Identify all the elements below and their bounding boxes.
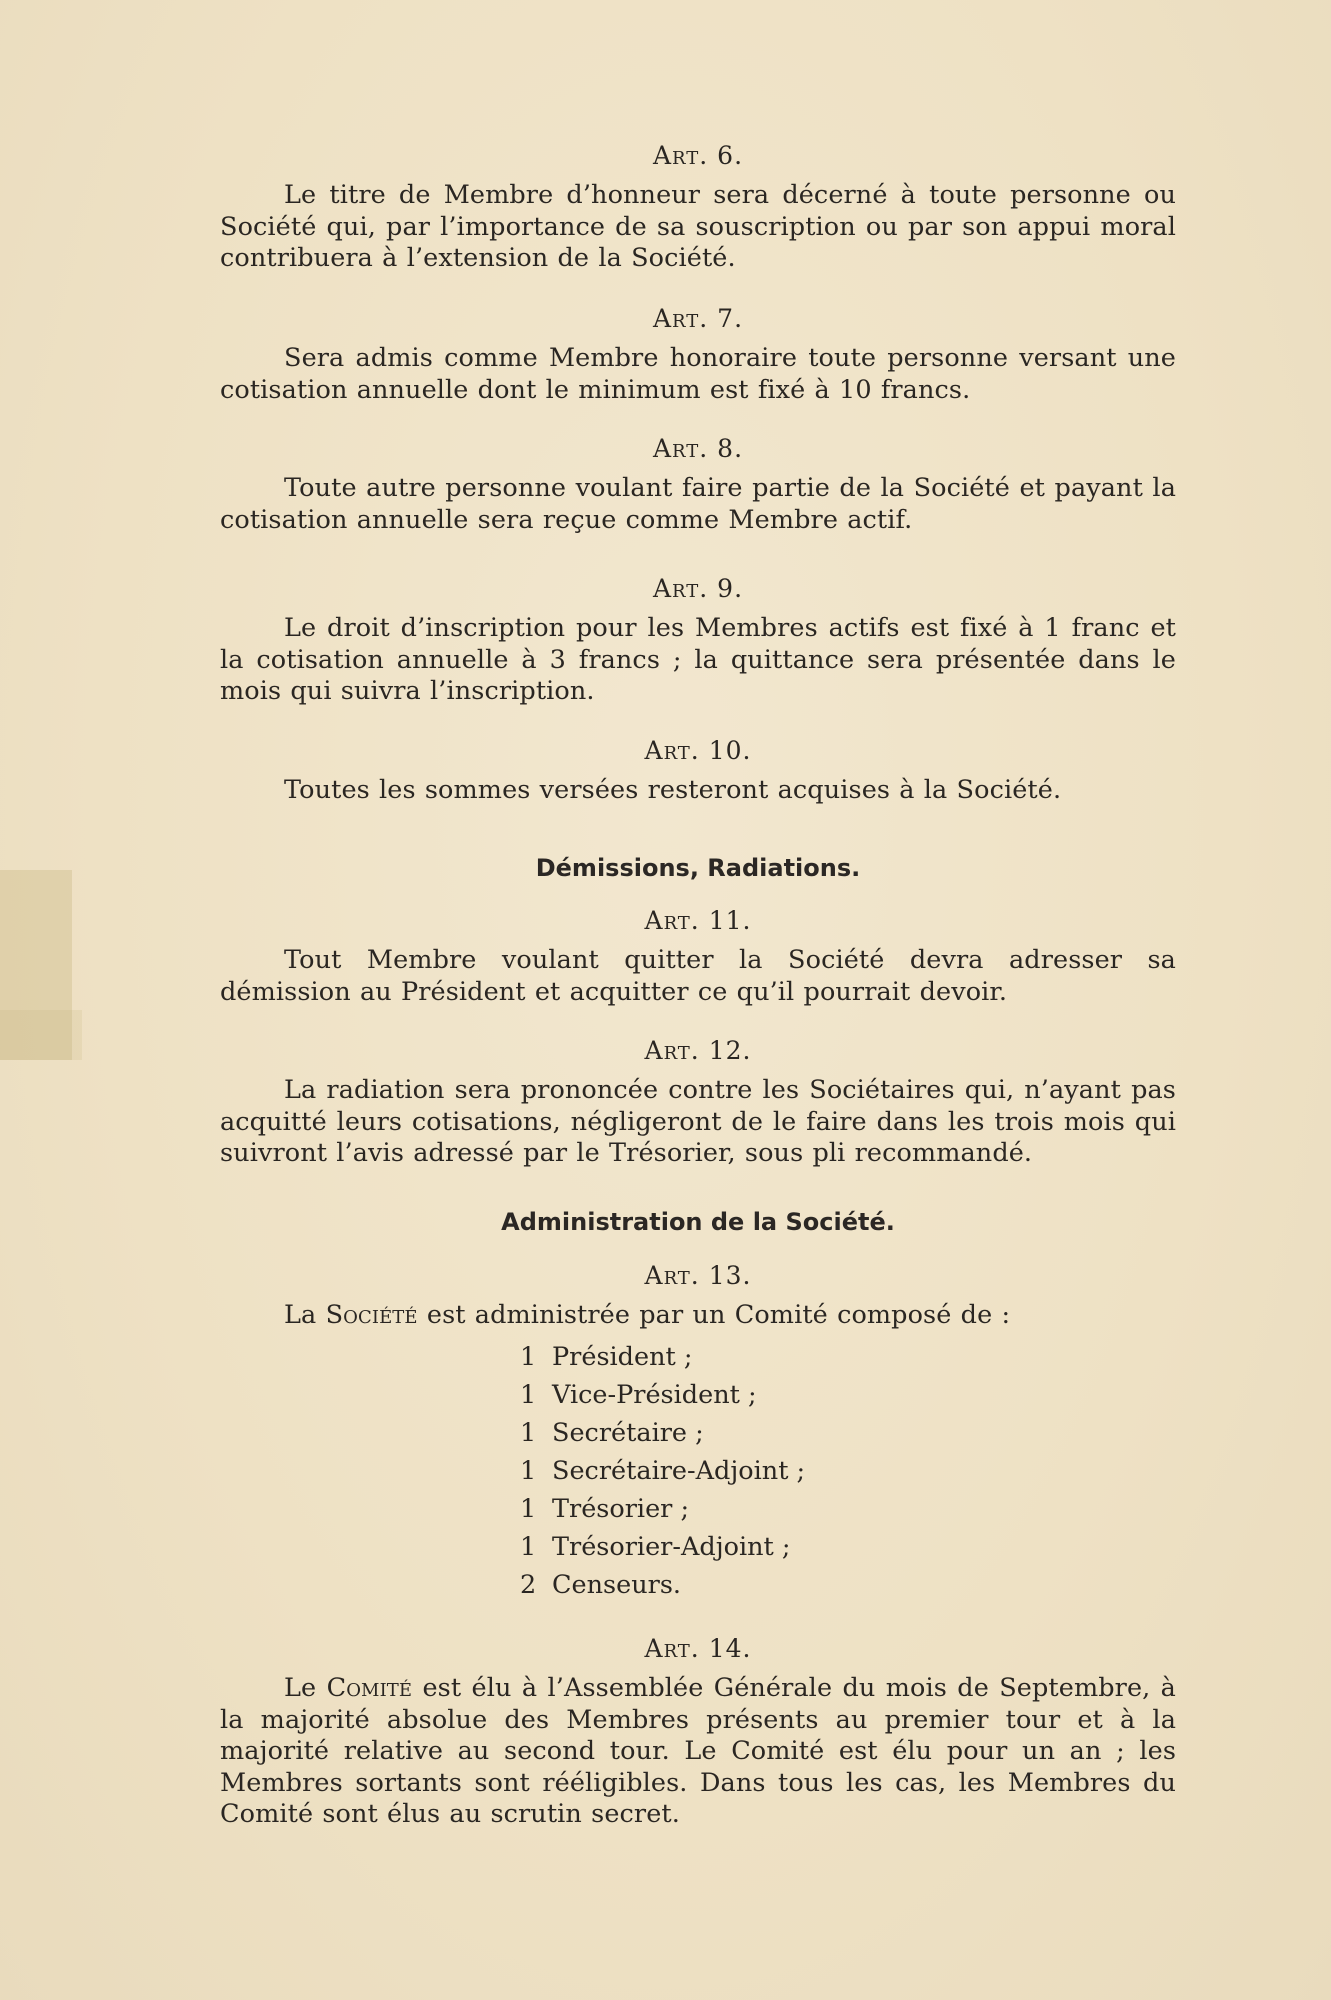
committee-item: 1Vice-Président ;	[520, 1376, 1176, 1414]
article-title: Art. 8.	[220, 433, 1176, 465]
committee-role: Secrétaire-Adjoint ;	[552, 1456, 805, 1486]
article-title: Art. 13.	[220, 1260, 1176, 1292]
committee-count: 1	[520, 1528, 552, 1566]
article-text: La radiation sera prononcée contre les S…	[220, 1075, 1176, 1170]
article-10: Art. 10. Toutes les sommes versées reste…	[220, 735, 1176, 807]
committee-count: 1	[520, 1338, 552, 1376]
article-9: Art. 9. Le droit d’inscription pour les …	[220, 573, 1176, 708]
committee-role: Censeurs.	[552, 1570, 681, 1600]
article-text: Sera admis comme Membre honoraire toute …	[220, 343, 1176, 406]
committee-role: Trésorier ;	[552, 1494, 689, 1524]
article-text: Le Comité est élu à l’Assemblée Générale…	[220, 1673, 1176, 1831]
committee-list: 1Président ; 1Vice-Président ; 1Secrétai…	[220, 1338, 1176, 1604]
article-7: Art. 7. Sera admis comme Membre honorair…	[220, 303, 1176, 406]
article-8: Art. 8. Toute autre personne voulant fai…	[220, 433, 1176, 536]
committee-count: 1	[520, 1490, 552, 1528]
committee-item: 2Censeurs.	[520, 1566, 1176, 1604]
committee-item: 1Président ;	[520, 1338, 1176, 1376]
committee-count: 1	[520, 1414, 552, 1452]
committee-item: 1Secrétaire-Adjoint ;	[520, 1452, 1176, 1490]
paper-stain	[0, 1010, 82, 1060]
article-text: La Société est administrée par un Comité…	[220, 1300, 1176, 1332]
committee-role: Vice-Président ;	[552, 1380, 757, 1410]
committee-item: 1Trésorier-Adjoint ;	[520, 1528, 1176, 1566]
article-title: Art. 14.	[220, 1633, 1176, 1665]
article-title: Art. 7.	[220, 303, 1176, 335]
article-title: Art. 10.	[220, 735, 1176, 767]
article-title: Art. 12.	[220, 1035, 1176, 1067]
article-text: Le titre de Membre d’honneur sera décern…	[220, 180, 1176, 275]
article-11: Art. 11. Tout Membre voulant quitter la …	[220, 905, 1176, 1008]
article-title: Art. 6.	[220, 140, 1176, 172]
article-text: Le droit d’inscription pour les Membres …	[220, 613, 1176, 708]
committee-count: 2	[520, 1566, 552, 1604]
committee-item: 1Trésorier ;	[520, 1490, 1176, 1528]
article-text: Tout Membre voulant quitter la Société d…	[220, 945, 1176, 1008]
section-heading: Administration de la Société.	[220, 1207, 1176, 1237]
committee-count: 1	[520, 1452, 552, 1490]
text-prefix: Le	[284, 1673, 316, 1703]
text-smallcaps: Comité	[327, 1673, 413, 1703]
section-administration: Administration de la Société.	[220, 1207, 1176, 1237]
text-suffix: est administrée par un Comité composé de…	[427, 1300, 1010, 1330]
text-smallcaps: Société	[326, 1300, 418, 1330]
article-14: Art. 14. Le Comité est élu à l’Assemblée…	[220, 1633, 1176, 1831]
article-title: Art. 9.	[220, 573, 1176, 605]
article-12: Art. 12. La radiation sera prononcée con…	[220, 1035, 1176, 1170]
section-heading: Démissions, Radiations.	[220, 853, 1176, 883]
article-13: Art. 13. La Société est administrée par …	[220, 1260, 1176, 1604]
committee-count: 1	[520, 1376, 552, 1414]
section-resignations: Démissions, Radiations.	[220, 853, 1176, 883]
article-text: Toute autre personne voulant faire parti…	[220, 473, 1176, 536]
text-prefix: La	[284, 1300, 316, 1330]
article-title: Art. 11.	[220, 905, 1176, 937]
committee-role: Secrétaire ;	[552, 1418, 704, 1448]
committee-role: Trésorier-Adjoint ;	[552, 1532, 791, 1562]
article-6: Art. 6. Le titre de Membre d’honneur ser…	[220, 140, 1176, 275]
article-text: Toutes les sommes versées resteront acqu…	[220, 775, 1176, 807]
committee-role: Président ;	[552, 1342, 692, 1372]
committee-item: 1Secrétaire ;	[520, 1414, 1176, 1452]
